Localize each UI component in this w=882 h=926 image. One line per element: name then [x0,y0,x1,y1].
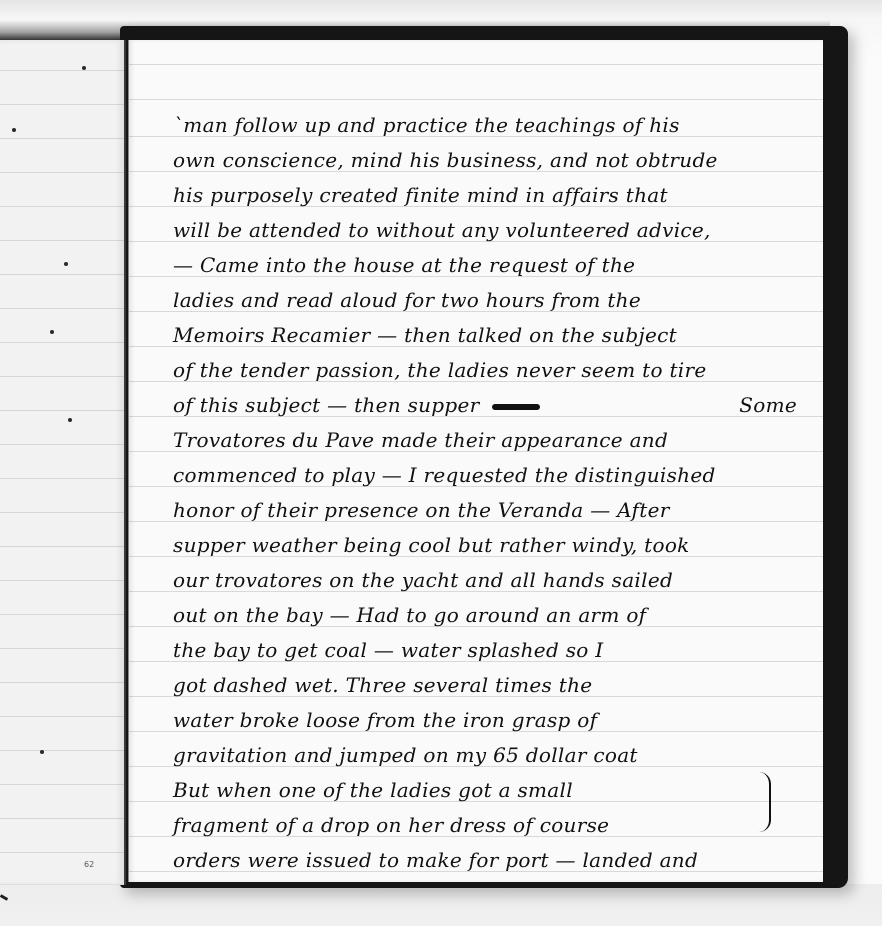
text-line: ladies and read aloud for two hours from… [173,283,823,318]
text-line: the bay to get coal — water splashed so … [173,633,823,668]
text-line: out on the bay — Had to go around an arm… [173,598,823,633]
text-line: our trovatores on the yacht and all hand… [173,563,823,598]
ink-speck [50,330,54,334]
ink-speck [68,418,72,422]
text-line: Trovatores du Pave made their appearance… [173,423,823,458]
text-line: honor of their presence on the Veranda —… [173,493,823,528]
text-line: orders were issued to make for port — la… [173,843,823,878]
text-line: own conscience, mind his business, and n… [173,143,823,178]
text-line: his purposely created finite mind in aff… [173,178,823,213]
text-line: will be attended to without any voluntee… [173,213,823,248]
text-line: fragment of a drop on her dress of cours… [173,808,823,843]
text-line: commenced to play — I requested the dist… [173,458,823,493]
ink-speck [40,750,44,754]
text-line: But when one of the ladies got a small [173,773,823,808]
marginal-word: Some [739,388,797,423]
text-line-content: of this subject — then supper [173,393,480,417]
ink-speck [82,66,86,70]
text-line: of the tender passion, the ladies never … [173,353,823,388]
text-line: got dashed wet. Three several times the [173,668,823,703]
text-line: Memoirs Recamier — then talked on the su… [173,318,823,353]
bottom-shadow [0,884,882,926]
ink-speck [12,128,16,132]
text-line: of this subject — then supper Some [173,388,823,423]
text-line: water broke loose from the iron grasp of [173,703,823,738]
folio-mark: 62 [84,860,94,869]
struck-out-word [492,404,540,410]
text-line: supper weather being cool but rather win… [173,528,823,563]
ink-speck [64,262,68,266]
left-page: 62 [0,40,126,885]
text-line: — Came into the house at the request of … [173,248,823,283]
notebook-scan: 62 `man follow up and practice the teach… [0,0,882,926]
right-page: `man follow up and practice the teaching… [128,40,823,882]
text-line: gravitation and jumped on my 65 dollar c… [173,738,823,773]
handwritten-lines: `man follow up and practice the teaching… [173,108,823,878]
closing-bracket-mark [759,772,771,832]
text-line: `man follow up and practice the teaching… [173,108,823,143]
